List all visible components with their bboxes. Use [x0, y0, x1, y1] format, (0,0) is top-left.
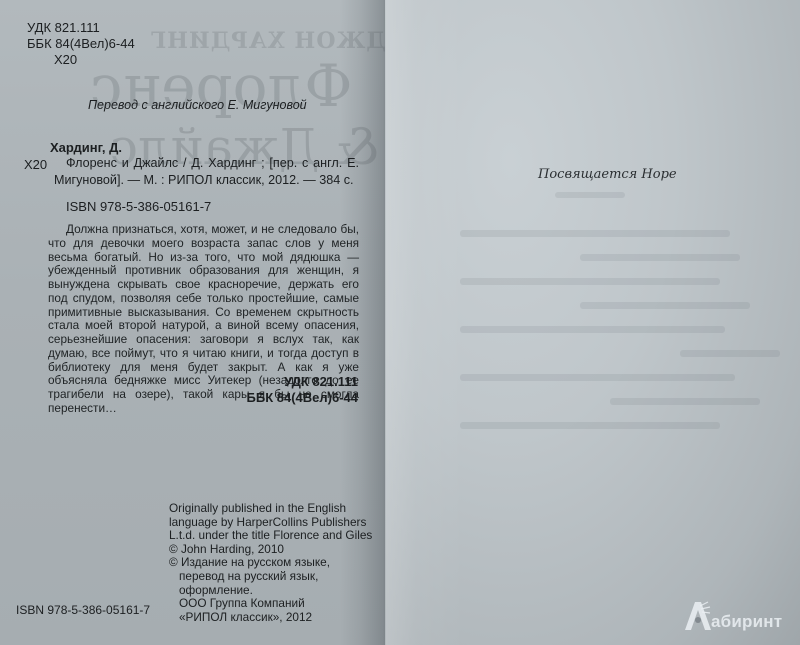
copyright-line: Originally published in the English: [169, 502, 372, 516]
copyright-line: language by HarperCollins Publishers: [169, 516, 372, 530]
copyright-line: © John Harding, 2010: [169, 543, 372, 557]
labirint-watermark: абиринт: [683, 598, 782, 632]
classification-block-bottom: УДК 821.111 ББК 84(4Вел)6-44: [200, 374, 358, 406]
book-spread: ДЖОН ХАРДИНГ Флоренс & Джайлс УДК 821.11…: [0, 0, 800, 645]
copyright-line: «РИПОЛ классик», 2012: [169, 611, 372, 625]
catalog-author-heading: Хардинг, Д.: [50, 140, 122, 155]
catalog-author-mark: Х20: [24, 157, 47, 172]
isbn-bottom: ISBN 978-5-386-05161-7: [16, 603, 150, 617]
udk-code-bottom: УДК 821.111: [200, 374, 358, 390]
catalog-description: Флоренс и Джайлс / Д. Хардинг ; [пер. с …: [54, 155, 359, 188]
copyright-line: L.t.d. under the title Florence and Gile…: [169, 529, 372, 543]
copyright-line: © Издание на русском языке,: [169, 556, 372, 570]
copyright-notice: Originally published in the English lang…: [169, 502, 372, 624]
classification-block-top: УДК 821.111 ББК 84(4Вел)6-44 Х20: [27, 20, 135, 68]
udk-code: УДК 821.111: [27, 20, 135, 36]
labirint-logo-icon: [683, 598, 713, 632]
author-mark: Х20: [27, 52, 135, 68]
copyright-line: ООО Группа Компаний: [169, 597, 372, 611]
copyright-line: перевод на русский язык,: [169, 570, 372, 584]
bbk-code: ББК 84(4Вел)6-44: [27, 36, 135, 52]
translator-credit: Перевод с английского Е. Мигуновой: [88, 98, 307, 112]
bbk-code-bottom: ББК 84(4Вел)6-44: [200, 390, 358, 406]
copyright-line: оформление.: [169, 584, 372, 598]
show-through-author: ДЖОН ХАРДИНГ: [150, 28, 386, 54]
left-page: ДЖОН ХАРДИНГ Флоренс & Джайлс УДК 821.11…: [0, 0, 386, 645]
catalog-isbn: ISBN 978-5-386-05161-7: [66, 199, 211, 214]
right-page: [386, 0, 800, 645]
watermark-text: абиринт: [711, 612, 782, 632]
dedication: Посвящается Норе: [538, 167, 677, 182]
